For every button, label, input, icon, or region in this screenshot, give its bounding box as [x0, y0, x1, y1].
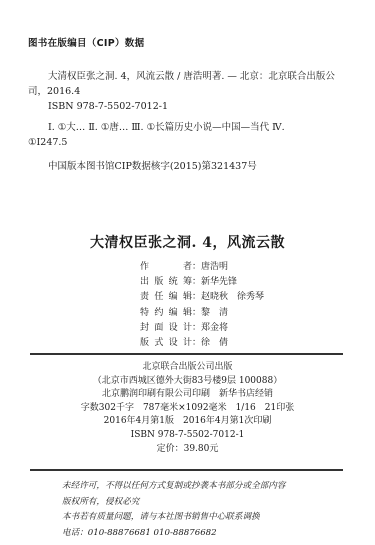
cip-approval-text: 中国版本图书馆CIP数据核字(2015)第321437号	[28, 159, 348, 174]
cip-entry-line-1: 大清权臣张之洞. 4，风流云散 / 唐浩明著. — 北京：北京联合出版公	[28, 69, 348, 84]
credit-author: 作 者：唐浩明	[140, 260, 264, 275]
book-title: 大清权臣张之洞. 4，风流云散	[0, 232, 375, 252]
notice-rights-reserved: 版权所有，侵权必究	[62, 495, 285, 511]
credit-value: 新华先锋	[201, 277, 237, 287]
print-specs: 字数302千字 787毫米×1092毫米 1/16 21印张	[0, 402, 375, 416]
publication-info: 北京联合出版公司出版 （北京市西城区德外大街83号楼9层 100088） 北京鹏…	[0, 361, 375, 456]
divider-rule-bottom	[30, 469, 343, 471]
credit-label: 出版统筹	[140, 275, 192, 290]
credit-responsible-editor: 责任编辑：赵晓秋 徐秀琴	[140, 290, 264, 305]
printer-distributor: 北京鹏润印刷有限公司印刷 新华书店经销	[0, 388, 375, 402]
publisher: 北京联合出版公司出版	[0, 361, 375, 375]
edition-info: 2016年4月第1版 2016年4月第1次印刷	[0, 415, 375, 429]
credit-contract-editor: 特约编辑：黎 清	[140, 306, 264, 321]
cip-isbn: ISBN 978-7-5502-7012-1	[28, 99, 348, 114]
cip-header: 图书在版编目（CIP）数据	[28, 35, 144, 49]
cip-catalog-entry: 大清权臣张之洞. 4，风流云散 / 唐浩明著. — 北京：北京联合出版公 司，2…	[28, 69, 348, 114]
credit-value: 黎 清	[201, 308, 228, 318]
cip-subject-classification: Ⅰ. ①大… Ⅱ. ①唐… Ⅲ. ①长篇历史小说—中国—当代 Ⅳ. ①I247.…	[28, 120, 348, 150]
cip-subject-line-1: Ⅰ. ①大… Ⅱ. ①唐… Ⅲ. ①长篇历史小说—中国—当代 Ⅳ.	[28, 120, 348, 135]
publisher-address: （北京市西城区德外大街83号楼9层 100088）	[0, 375, 375, 389]
publication-isbn: ISBN 978-7-5502-7012-1	[0, 429, 375, 443]
credit-publishing-coordinator: 出版统筹：新华先锋	[140, 275, 264, 290]
notice-reproduction: 未经许可，不得以任何方式复制或抄袭本书部分或全部内容	[62, 479, 285, 495]
credit-cover-design: 封面设计：郑金将	[140, 321, 264, 336]
price: 定价：39.80元	[0, 443, 375, 457]
credit-value: 赵晓秋 徐秀琴	[201, 292, 264, 302]
credit-label: 特约编辑	[140, 306, 192, 321]
credit-label: 版式设计	[140, 336, 192, 351]
credit-value: 郑金将	[201, 323, 228, 333]
notice-phone: 电话：010-88876681 010-88876682	[62, 526, 285, 542]
cip-subject-line-2: ①I247.5	[28, 135, 348, 150]
credit-value: 徐 倩	[201, 338, 228, 348]
cip-entry-line-2: 司，2016.4	[28, 84, 348, 99]
credit-label: 责任编辑	[140, 290, 192, 305]
credits-list: 作 者：唐浩明 出版统筹：新华先锋 责任编辑：赵晓秋 徐秀琴 特约编辑：黎 清 …	[140, 260, 264, 351]
copyright-notice: 未经许可，不得以任何方式复制或抄袭本书部分或全部内容 版权所有，侵权必究 本书若…	[62, 479, 285, 541]
cip-approval-number: 中国版本图书馆CIP数据核字(2015)第321437号	[28, 159, 348, 174]
divider-rule-top	[30, 353, 343, 355]
credit-label: 作 者	[140, 260, 192, 275]
notice-quality: 本书若有质量问题，请与本社图书销售中心联系调换	[62, 510, 285, 526]
credit-label: 封面设计	[140, 321, 192, 336]
credit-layout-design: 版式设计：徐 倩	[140, 336, 264, 351]
credit-value: 唐浩明	[201, 262, 228, 272]
